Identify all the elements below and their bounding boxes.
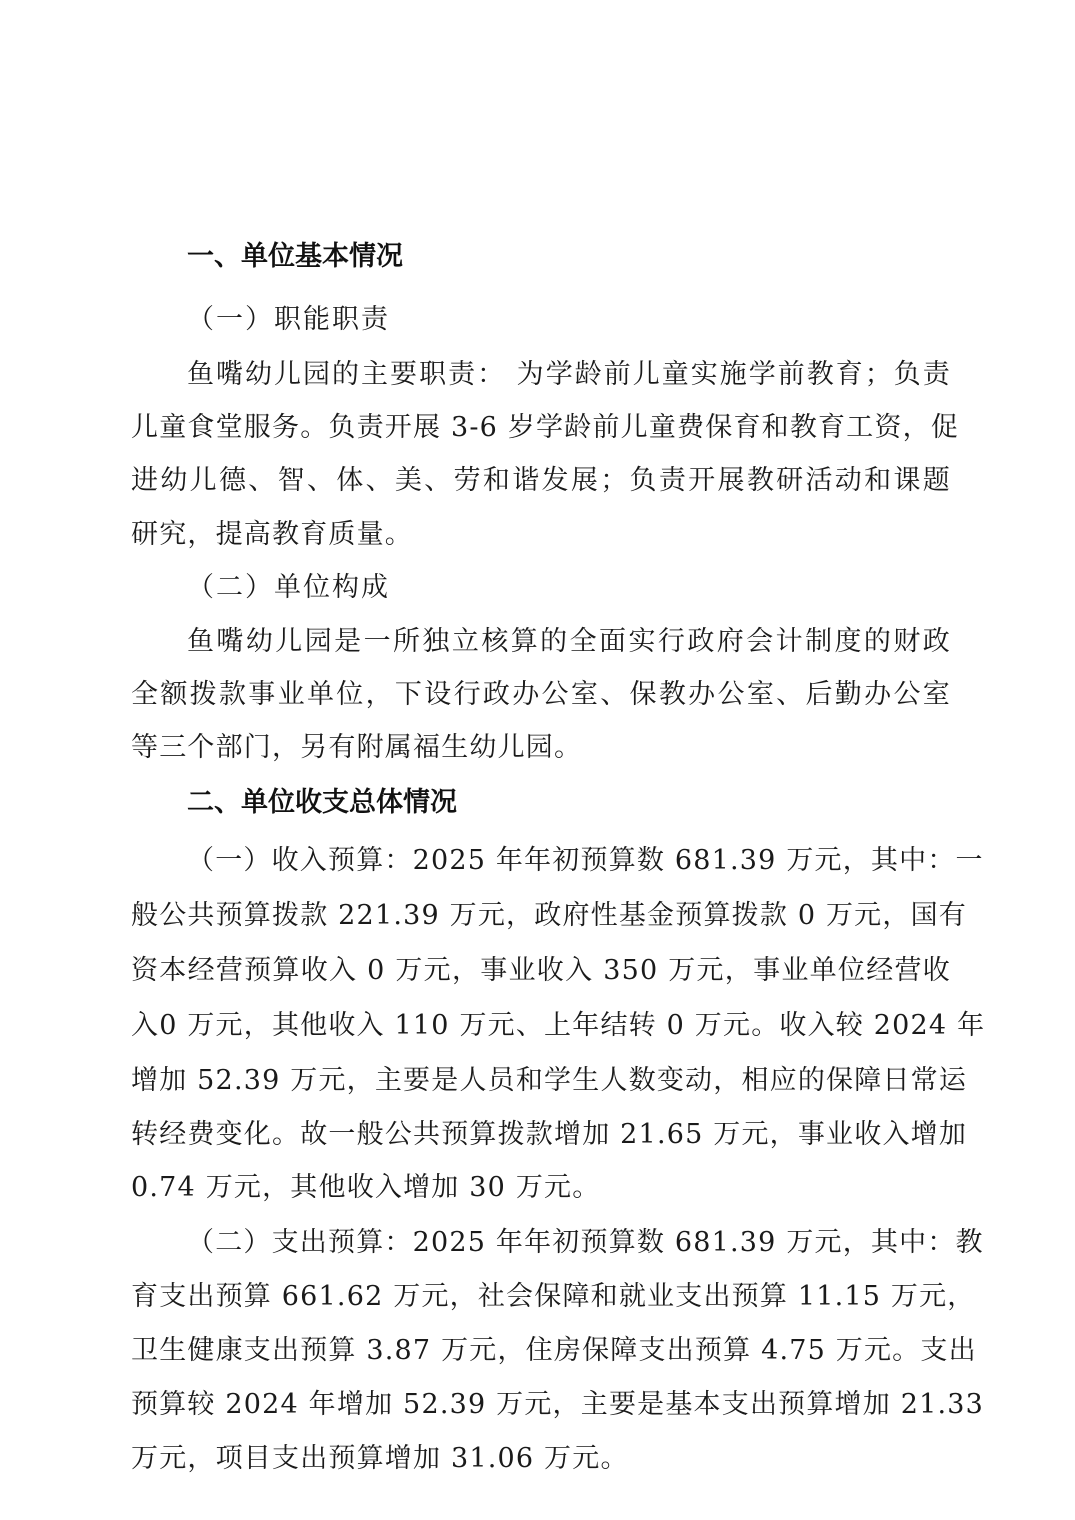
subsection-title-structure: （二）单位构成: [187, 568, 390, 608]
paragraph-line: 增加 52.39 万元，主要是人员和学生人数变动，相应的保障日常运: [131, 1061, 921, 1101]
paragraph-line: 资本经营预算收入 0 万元，事业收入 350 万元，事业单位经营收: [131, 951, 951, 991]
section-heading-basic-info: 一、单位基本情况: [187, 237, 403, 277]
document-page: 一、单位基本情况 （一）职能职责 鱼嘴幼儿园的主要职责： 为学龄前儿童实施学前教…: [0, 0, 1075, 1520]
paragraph-line: 研究，提高教育质量。: [131, 515, 951, 555]
paragraph-line: 转经费变化。故一般公共预算拨款增加 21.65 万元，事业收入增加: [131, 1115, 931, 1155]
paragraph-line: 预算较 2024 年增加 52.39 万元，主要是基本支出预算增加 21.33: [131, 1385, 921, 1425]
paragraph-line: 进幼儿德、智、体、美、劳和谐发展；负责开展教研活动和课题: [131, 461, 951, 501]
paragraph-line: 儿童食堂服务。负责开展 3-6 岁学龄前儿童费保育和教育工资，促: [131, 408, 951, 448]
paragraph-line: 0.74 万元，其他收入增加 30 万元。: [131, 1168, 951, 1208]
paragraph-line: 万元，项目支出预算增加 31.06 万元。: [131, 1439, 951, 1479]
paragraph-line: 鱼嘴幼儿园是一所独立核算的全面实行政府会计制度的财政: [187, 622, 951, 662]
paragraph-line: 般公共预算拨款 221.39 万元，政府性基金预算拨款 0 万元，国有: [131, 896, 951, 936]
paragraph-line: （一）收入预算：2025 年年初预算数 681.39 万元，其中：一: [187, 841, 951, 881]
subsection-title-duties: （一）职能职责: [187, 300, 390, 340]
paragraph-line: 入0 万元，其他收入 110 万元、上年结转 0 万元。收入较 2024 年: [131, 1006, 916, 1046]
paragraph-line: 等三个部门，另有附属福生幼儿园。: [131, 728, 951, 768]
paragraph-line: 鱼嘴幼儿园的主要职责： 为学龄前儿童实施学前教育；负责: [187, 355, 951, 395]
paragraph-line: 全额拨款事业单位，下设行政办公室、保教办公室、后勤办公室: [131, 675, 951, 715]
paragraph-line: 育支出预算 661.62 万元，社会保障和就业支出预算 11.15 万元，: [131, 1277, 916, 1317]
paragraph-line: （二）支出预算：2025 年年初预算数 681.39 万元，其中：教: [187, 1223, 932, 1263]
section-heading-revenue-expenditure: 二、单位收支总体情况: [187, 783, 457, 823]
paragraph-line: 卫生健康支出预算 3.87 万元，住房保障支出预算 4.75 万元。支出: [131, 1331, 926, 1371]
